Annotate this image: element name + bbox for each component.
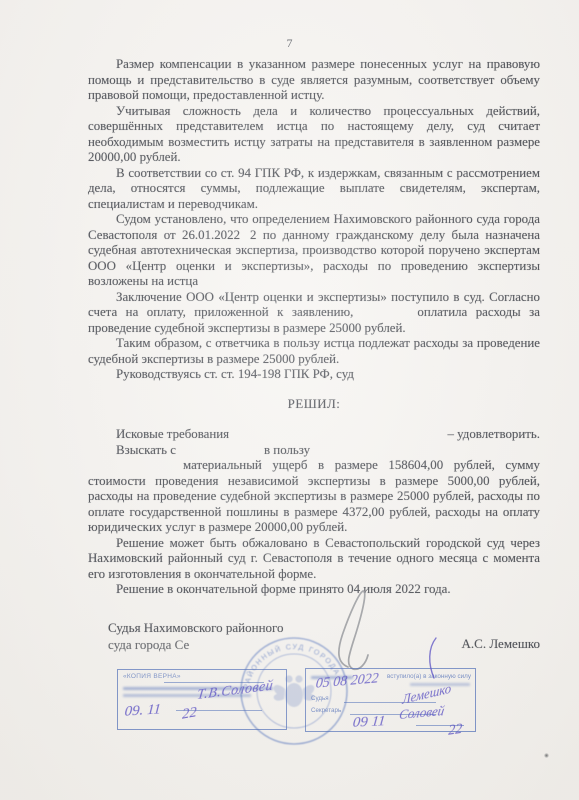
page-number: 7 xyxy=(0,36,579,51)
paragraph-final-date: Решение в окончательной форме принято 04… xyxy=(88,582,540,598)
document-text: Размер компенсации в указанном размере п… xyxy=(88,57,540,598)
force-stamp-secretary-label: Секретарь xyxy=(311,707,341,714)
recover-line: Взыскать с в пользу xyxy=(88,443,540,459)
redaction-gap xyxy=(176,443,264,459)
force-stamp-header: вступило(а) в законную силу xyxy=(387,673,471,680)
handwritten-force-date-bottom: 09 11 xyxy=(352,713,386,732)
claims-result: – удовлетворить. xyxy=(447,427,540,443)
claims-line: Исковые требования – удовлетворить. xyxy=(88,427,540,443)
paragraph-award: материальный ущерб в размере 158604,00 р… xyxy=(88,458,540,536)
redaction-gap xyxy=(353,314,417,316)
paragraph-conclusion: Заключение ООО «Центр оценки и экспертиз… xyxy=(88,290,540,337)
paragraph-expertise: Судом установлено, что определением Нахи… xyxy=(88,212,540,290)
force-stamp-judge-label: Судья xyxy=(311,695,329,702)
paragraph-article-94: В соответствии со ст. 94 ГПК РФ, к издер… xyxy=(88,166,540,213)
judge-name: А.С. Лемешко xyxy=(462,636,540,654)
paragraph-thus: Таким образом, с ответчика в пользу истц… xyxy=(88,336,540,367)
copy-stamp-title: «КОПИЯ ВЕРНА» xyxy=(123,673,181,680)
resolved-heading: РЕШИЛ: xyxy=(88,397,540,413)
recover-favor-text: в пользу xyxy=(264,443,310,459)
handwritten-copy-year: 22 xyxy=(182,704,197,724)
scanned-court-decision-page: 7 Размер компенсации в указанном размере… xyxy=(0,0,579,800)
recover-text: Взыскать с xyxy=(116,443,176,459)
handwritten-force-year: 22 xyxy=(448,722,462,740)
paragraph-complexity: Учитывая сложность дела и количество про… xyxy=(88,104,540,166)
redaction-gap xyxy=(240,237,250,239)
paragraph-guided-by: Руководствуясь ст. ст. 194-198 ГПК РФ, с… xyxy=(88,367,540,383)
scan-speck xyxy=(544,753,549,758)
paragraph-appeal: Решение может быть обжаловано в Севастоп… xyxy=(88,536,540,583)
paragraph-compensation: Размер компенсации в указанном размере п… xyxy=(88,57,540,104)
claims-text: Исковые требования xyxy=(116,427,229,443)
handwritten-copy-date: 09. 11 xyxy=(124,701,161,721)
